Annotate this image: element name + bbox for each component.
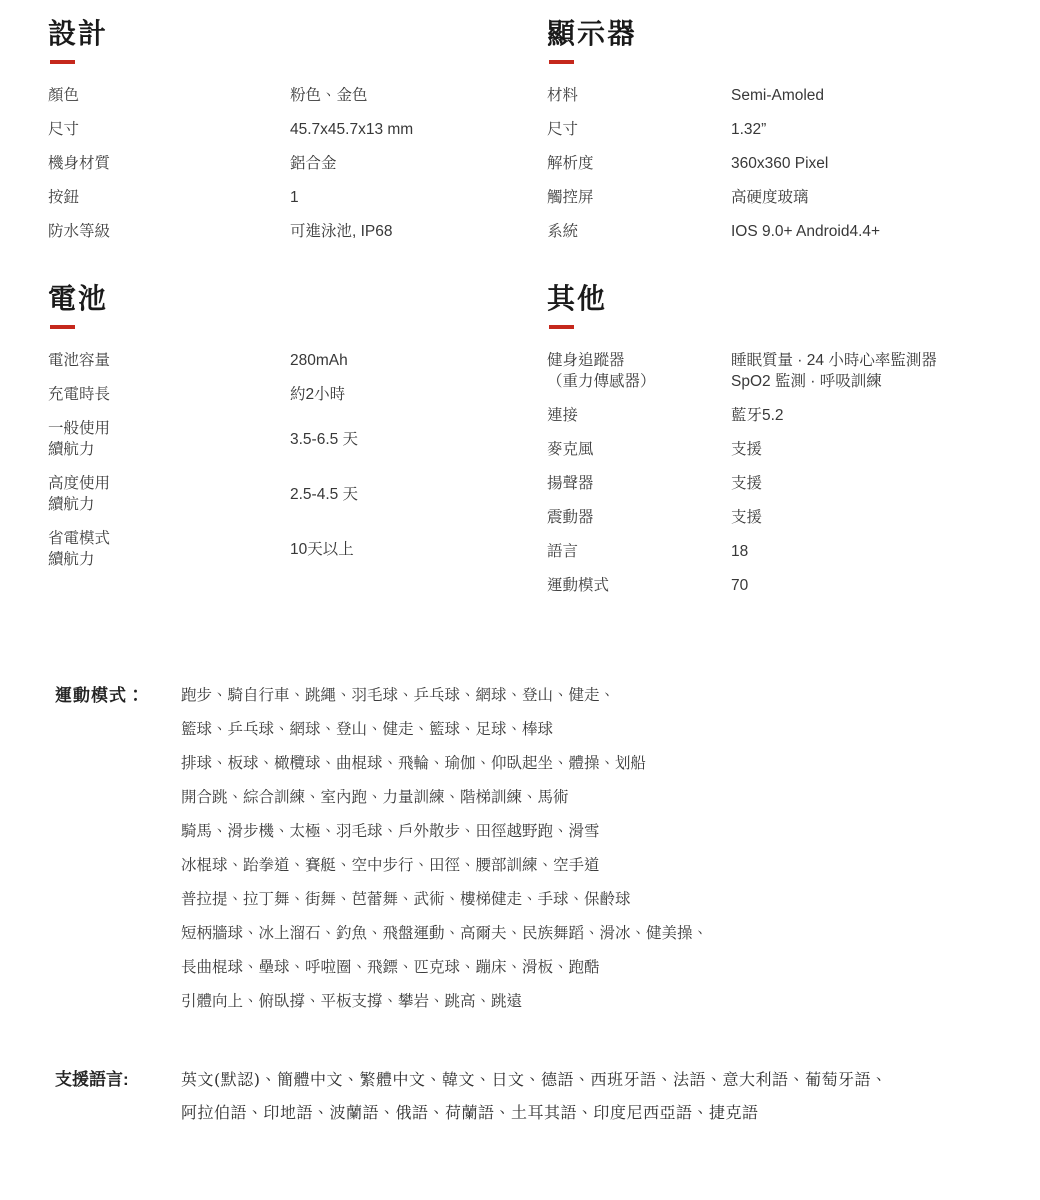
spec-value: 睡眠質量 · 24 小時心率監測器 SpO2 監測 · 呼吸訓練 (731, 350, 937, 392)
spec-value: 可進泳池, IP68 (290, 221, 393, 242)
spec-label: 運動模式 (547, 575, 731, 596)
spec-value: 2.5-4.5 天 (290, 484, 358, 505)
spec-label: 防水等級 (48, 221, 290, 242)
spec-value: Semi-Amoled (731, 85, 824, 106)
spec-label: 高度使用 續航力 (48, 473, 290, 515)
section-design: 設計 顏色 粉色、金色 尺寸 45.7x45.7x13 mm 機身材質 鋁合金 … (48, 16, 501, 255)
spec-row-powersave-battery-life: 省電模式 續航力 10天以上 (48, 528, 501, 570)
spec-value: 10天以上 (290, 539, 354, 560)
spec-label: 尺寸 (48, 119, 290, 140)
spec-row-color: 顏色 粉色、金色 (48, 85, 501, 106)
spec-row-touchscreen: 觸控屏 高硬度玻璃 (547, 187, 1000, 208)
spec-label: 麥克風 (547, 439, 731, 460)
spec-row-connectivity: 連接 藍牙5.2 (547, 405, 1000, 426)
sport-modes-line: 長曲棍球、壘球、呼啦圈、飛鏢、匹克球、蹦床、滑板、跑酷 (181, 951, 708, 985)
spec-row-material: 材料 Semi-Amoled (547, 85, 1000, 106)
sport-modes-line: 開合跳、綜合訓練、室內跑、力量訓練、階梯訓練、馬術 (181, 781, 708, 815)
spec-row-fitness-tracker: 健身追蹤器 （重力傳感器） 睡眠質量 · 24 小時心率監測器 SpO2 監測 … (547, 350, 1000, 392)
spec-value: 支援 (731, 473, 762, 494)
spec-value: 約2小時 (290, 384, 345, 405)
spec-row-sport-modes-count: 運動模式 70 (547, 575, 1000, 596)
spec-value: 18 (731, 541, 748, 562)
spec-value: 360x360 Pixel (731, 153, 828, 174)
spec-label: 觸控屏 (547, 187, 731, 208)
spec-row-speaker: 揚聲器 支援 (547, 473, 1000, 494)
sport-modes-list: 跑步、騎自行車、跳繩、羽毛球、乒乓球、網球、登山、健走、 籃球、乒乓球、網球、登… (181, 679, 708, 1019)
section-design-title: 設計 (48, 16, 501, 51)
spec-row-heavy-battery-life: 高度使用 續航力 2.5-4.5 天 (48, 473, 501, 515)
spec-value: 3.5-6.5 天 (290, 429, 358, 450)
spec-row-vibrator: 震動器 支援 (547, 507, 1000, 528)
spec-value: 45.7x45.7x13 mm (290, 119, 413, 140)
spec-label: 機身材質 (48, 153, 290, 174)
spec-label: 連接 (547, 405, 731, 426)
supported-languages-text: 英文(默認)、簡體中文、繁體中文、韓文、日文、德語、西班牙語、法語、意大利語、葡… (181, 1063, 899, 1129)
spec-label: 省電模式 續航力 (48, 528, 290, 570)
spec-row-system: 系統 IOS 9.0+ Android4.4+ (547, 221, 1000, 242)
spec-row-buttons: 按鈕 1 (48, 187, 501, 208)
section-display-title: 顯示器 (547, 16, 1000, 51)
section-battery-title: 電池 (48, 281, 501, 316)
supported-languages-label: 支援語言: (55, 1063, 181, 1129)
spec-label: 語言 (547, 541, 731, 562)
spec-value: 支援 (731, 439, 762, 460)
spec-label: 一般使用 續航力 (48, 418, 290, 460)
spec-label: 健身追蹤器 （重力傳感器） (547, 350, 731, 392)
spec-row-waterproof: 防水等級 可進泳池, IP68 (48, 221, 501, 242)
spec-value: 鋁合金 (290, 153, 337, 174)
spec-value: 支援 (731, 507, 762, 528)
spec-value: 粉色、金色 (290, 85, 368, 106)
accent-underline (50, 60, 75, 64)
spec-row-battery-capacity: 電池容量 280mAh (48, 350, 501, 371)
spec-value: 高硬度玻璃 (731, 187, 809, 208)
spec-row-languages-count: 語言 18 (547, 541, 1000, 562)
sport-modes-line: 短柄牆球、冰上溜石、釣魚、飛盤運動、高爾夫、民族舞蹈、滑冰、健美操、 (181, 917, 708, 951)
sport-modes-line: 跑步、騎自行車、跳繩、羽毛球、乒乓球、網球、登山、健走、 (181, 679, 708, 713)
spec-row-body-material: 機身材質 鋁合金 (48, 153, 501, 174)
spec-row-microphone: 麥克風 支援 (547, 439, 1000, 460)
spec-label: 解析度 (547, 153, 731, 174)
supported-languages-block: 支援語言: 英文(默認)、簡體中文、繁體中文、韓文、日文、德語、西班牙語、法語、… (48, 1063, 1000, 1129)
accent-underline (50, 325, 75, 329)
section-other-title: 其他 (547, 281, 1000, 316)
spec-row-normal-battery-life: 一般使用 續航力 3.5-6.5 天 (48, 418, 501, 460)
spec-row-size: 尺寸 45.7x45.7x13 mm (48, 119, 501, 140)
section-other: 其他 健身追蹤器 （重力傳感器） 睡眠質量 · 24 小時心率監測器 SpO2 … (547, 281, 1000, 609)
sport-modes-line: 普拉提、拉丁舞、街舞、芭蕾舞、武術、樓梯健走、手球、保齡球 (181, 883, 708, 917)
spec-columns: 設計 顏色 粉色、金色 尺寸 45.7x45.7x13 mm 機身材質 鋁合金 … (48, 16, 1000, 609)
spec-row-screen-size: 尺寸 1.32” (547, 119, 1000, 140)
spec-value: 1 (290, 187, 299, 208)
section-battery: 電池 電池容量 280mAh 充電時長 約2小時 一般使用 續航力 3.5-6.… (48, 281, 501, 583)
sport-modes-line: 籃球、乒乓球、網球、登山、健走、籃球、足球、棒球 (181, 713, 708, 747)
spec-label: 材料 (547, 85, 731, 106)
spec-value: 藍牙5.2 (731, 405, 784, 426)
spec-label: 震動器 (547, 507, 731, 528)
spec-label: 揚聲器 (547, 473, 731, 494)
sport-modes-line: 排球、板球、橄欖球、曲棍球、飛輪、瑜伽、仰臥起坐、體操、划船 (181, 747, 708, 781)
spec-value: 1.32” (731, 119, 766, 140)
spec-label: 尺寸 (547, 119, 731, 140)
accent-underline (549, 325, 574, 329)
spec-value: IOS 9.0+ Android4.4+ (731, 221, 880, 242)
spec-label: 電池容量 (48, 350, 290, 371)
spec-row-resolution: 解析度 360x360 Pixel (547, 153, 1000, 174)
section-display: 顯示器 材料 Semi-Amoled 尺寸 1.32” 解析度 360x360 … (547, 16, 1000, 255)
sport-modes-line: 冰棍球、跆拳道、賽艇、空中步行、田徑、腰部訓練、空手道 (181, 849, 708, 883)
accent-underline (549, 60, 574, 64)
spec-label: 按鈕 (48, 187, 290, 208)
spec-value: 280mAh (290, 350, 348, 371)
spec-label: 系統 (547, 221, 731, 242)
spec-value: 70 (731, 575, 748, 596)
sport-modes-label: 運動模式： (55, 679, 181, 1019)
spec-label: 充電時長 (48, 384, 290, 405)
sport-modes-line: 引體向上、俯臥撐、平板支撐、攀岩、跳高、跳遠 (181, 985, 708, 1019)
spec-row-charge-time: 充電時長 約2小時 (48, 384, 501, 405)
spec-label: 顏色 (48, 85, 290, 106)
sport-modes-line: 騎馬、滑步機、太極、羽毛球、戶外散步、田徑越野跑、滑雪 (181, 815, 708, 849)
sport-modes-block: 運動模式： 跑步、騎自行車、跳繩、羽毛球、乒乓球、網球、登山、健走、 籃球、乒乓… (48, 679, 1000, 1019)
spec-page: 設計 顏色 粉色、金色 尺寸 45.7x45.7x13 mm 機身材質 鋁合金 … (0, 0, 1040, 1129)
